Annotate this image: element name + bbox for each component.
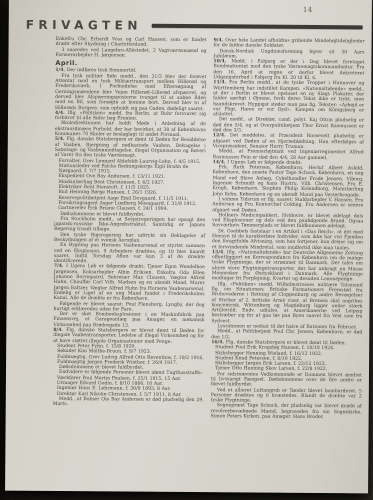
paragraph: For sidstnævntes Vedkommende er Dommen b… bbox=[211, 372, 362, 389]
masthead-row: FRIVAGTEN bbox=[26, 18, 363, 35]
publication-title: FRIVAGTEN bbox=[26, 18, 142, 33]
paragraph: Dr. Goebbels fastslaar i en Artikel i «D… bbox=[212, 229, 363, 251]
paragraph: 10/4. Medd. i Esbjerg er der i Dag bleve… bbox=[213, 59, 364, 81]
paper-sheet: 14 FRIVAGTEN Enkefru Chr. Erhardt Voss o… bbox=[5, 0, 372, 493]
entry-date: 10/4. bbox=[213, 59, 231, 64]
paragraph: Fra tysk militær Side medd., den 31/3 bl… bbox=[55, 74, 206, 112]
paragraph: 5/4. Flg. danske Statsborgere er dømt ti… bbox=[55, 137, 206, 159]
left-column: Enkefru Chr. Erhardt Voss og Carl Hansen… bbox=[53, 37, 207, 420]
paragraph: Skoledirektionen har holdt Møde i Anledn… bbox=[55, 121, 206, 138]
entry-date: 9/4. bbox=[214, 38, 226, 43]
entry-date: 12/4. bbox=[213, 134, 230, 139]
paragraph: Det medd., at Direktør, cand. polyt. Kaj… bbox=[213, 118, 364, 135]
paragraph: 11/4. Fra Berlin medd., at de tyske Trop… bbox=[213, 81, 364, 119]
paragraph: Holkiers Medicinpakkeri, Hvidovre, er bl… bbox=[212, 213, 363, 230]
paragraph: Frk. Ruth Petersen, København, Herluf Al… bbox=[212, 165, 363, 198]
paragraph: I samme Tidsrum er flg. saaret: Staldarb… bbox=[212, 197, 363, 214]
paragraph: Sognepræst Tage Schack, der pludselig va… bbox=[211, 404, 362, 421]
paragraph: En Bygning paa Horsens Vaabenarsenal er … bbox=[54, 243, 205, 265]
entry-date: 8/4. bbox=[53, 328, 66, 333]
section-heading: April. bbox=[55, 61, 206, 67]
scanned-page-photo: 14 FRIVAGTEN Enkefru Chr. Erhardt Voss o… bbox=[0, 0, 373, 500]
paragraph: 12/4. Det meddeles, at Præsident Rooseve… bbox=[213, 134, 364, 151]
entry-date: 15/4. bbox=[212, 250, 227, 255]
paragraph: 9/4. Over hele Landet afholdtes gribende… bbox=[214, 38, 365, 50]
paragraph: Medd., at Bokser Ole Bay Andersen er død… bbox=[53, 397, 204, 409]
paragraph: Der er sket Bombeeksplosioner i en Maski… bbox=[53, 312, 204, 329]
entry-date: 1/4. bbox=[55, 68, 67, 73]
paragraph: Iflg. «Politiken» medd. Wilhelmstrasses … bbox=[211, 282, 362, 326]
paragraph: 15/4. Iflg. «Nationaltidende» har Deutsc… bbox=[212, 250, 363, 283]
paragraph: Enkefru Chr. Erhardt Voss og Carl Hansen… bbox=[56, 37, 207, 49]
entry-date: 5/4. bbox=[55, 137, 67, 142]
entry-date: 11/4. bbox=[213, 81, 229, 86]
masthead-rule bbox=[152, 24, 363, 30]
right-column: 9/4. Over hele Landet afholdtes gribende… bbox=[211, 38, 365, 421]
page-number: 14 bbox=[303, 6, 313, 14]
paragraph: 8/4. Flg. danske Statsborgere er blevet … bbox=[53, 328, 204, 345]
paragraph: 7/4. I Ugens Løb er følgende dræbt: Tjen… bbox=[54, 264, 205, 302]
paragraph: Ved et allieret Luftangreb er Tønder ble… bbox=[211, 388, 362, 405]
entry-date: 7/4. bbox=[54, 264, 66, 269]
paragraph: 3 saaredes ved Langebro-Alléstedet, 2 Va… bbox=[55, 48, 206, 60]
entry-date: 4/4. bbox=[55, 111, 68, 116]
text-columns: Enkefru Chr. Erhardt Voss og Carl Hansen… bbox=[53, 37, 366, 421]
paragraph: Fra Stockholm medd., at Sovjetregeringen… bbox=[54, 217, 205, 234]
